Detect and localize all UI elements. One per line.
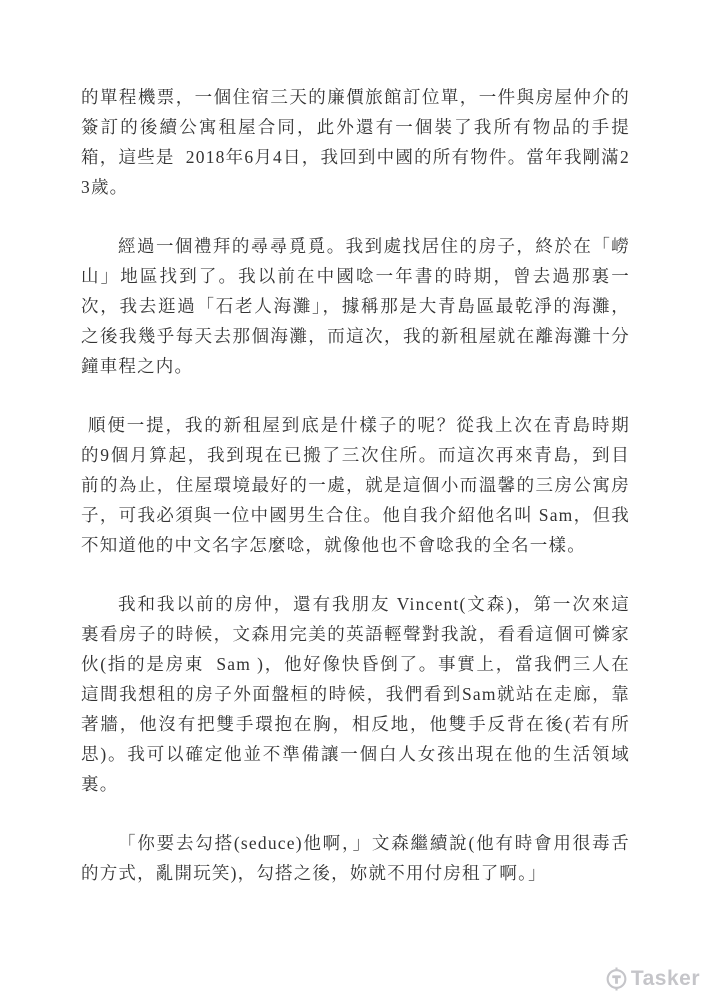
paragraph-3: 順便一提，我的新租屋到底是什樣子的呢？從我上次在青島時期的9個月算起，我到現在已… [81, 410, 630, 560]
tasker-logo-icon [604, 966, 629, 992]
paragraph-1: 的單程機票，一個住宿三天的廉價旅館訂位單，一件與房屋仲介的簽訂的後續公寓租屋合同… [81, 82, 630, 202]
document-page: 的單程機票，一個住宿三天的廉價旅館訂位單，一件與房屋仲介的簽訂的後續公寓租屋合同… [0, 0, 707, 1000]
paragraph-4: 我和我以前的房仲，還有我朋友 Vincent(文森)，第一次來這裏看房子的時候，… [81, 589, 630, 799]
tasker-watermark: Tasker [604, 966, 700, 992]
text-block: 的單程機票，一個住宿三天的廉價旅館訂位單，一件與房屋仲介的簽訂的後續公寓租屋合同… [81, 82, 630, 888]
tasker-watermark-label: Tasker [631, 966, 700, 992]
paragraph-2: 經過一個禮拜的尋尋覓覓。我到處找居住的房子，終於在「嶗山」地區找到了。我以前在中… [81, 231, 630, 381]
paragraph-5: 「你要去勾搭(seduce)他啊，」文森繼續說(他有時會用很毒舌的方式，亂開玩笑… [81, 828, 630, 888]
